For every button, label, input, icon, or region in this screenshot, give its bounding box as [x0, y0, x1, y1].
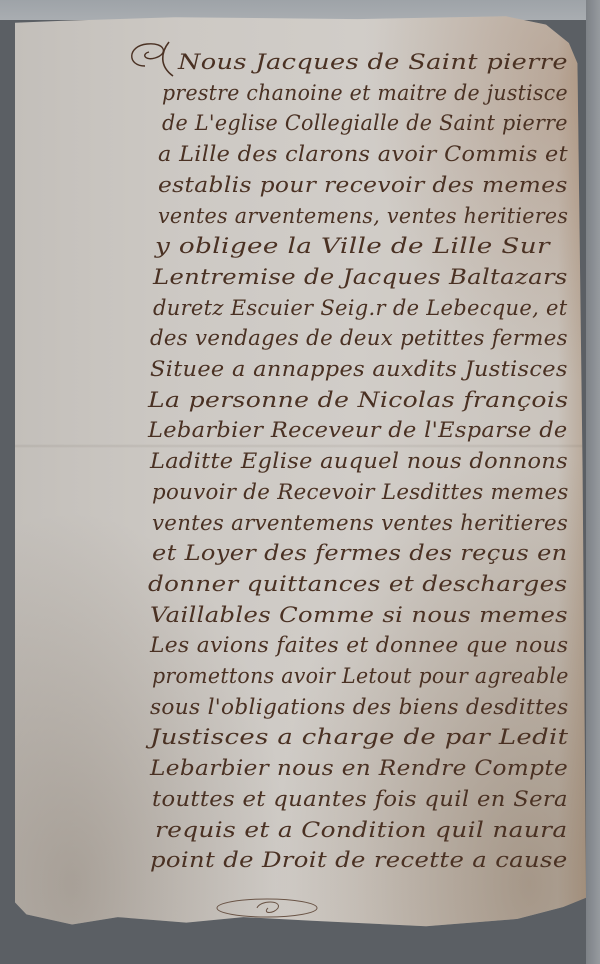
manuscript-line-10: des vendages de deux petittes fermes — [150, 326, 568, 350]
manuscript-line-21: promettons avoir Letout pour agreable — [152, 664, 569, 688]
manuscript-line-4: a Lille des clarons avoir Commis et — [158, 142, 568, 166]
manuscript-line-6: ventes arventemens, ventes heritieres — [158, 204, 568, 228]
manuscript-line-16: ventes arventemens ventes heritieres — [152, 511, 568, 535]
manuscript-line-20: Les avions faites et donnee que nous — [150, 633, 568, 657]
manuscript-line-3: de L'eglise Collegialle de Saint pierre — [162, 111, 568, 135]
manuscript-line-12: La personne de Nicolas françois — [148, 388, 568, 412]
capital-flourish-icon — [125, 36, 185, 84]
manuscript-line-22: sous l'obligations des biens desdittes — [150, 695, 569, 719]
manuscript-line-27: point de Droit de recette a cause — [150, 848, 568, 872]
manuscript-line-11: Situee a annappes auxdits Justisces — [150, 357, 568, 381]
manuscript-line-24: Lebarbier nous en Rendre Compte — [150, 756, 568, 780]
manuscript-line-17: et Loyer des fermes des reçus en — [152, 541, 568, 565]
manuscript-line-26: requis et a Condition quil naura — [155, 818, 567, 842]
manuscript-line-19: Vaillables Comme si nous memes — [150, 603, 568, 627]
manuscript-line-1: Nous Jacques de Saint pierre — [178, 50, 568, 74]
manuscript-line-23: Justisces a charge de par Ledit — [150, 725, 568, 749]
manuscript-line-8: Lentremise de Jacques Baltazars — [153, 265, 568, 289]
manuscript-line-18: donner quittances et descharges — [148, 572, 567, 596]
manuscript-line-25: touttes et quantes fois quil en Sera — [152, 787, 568, 811]
manuscript-line-15: pouvoir de Recevoir Lesdittes memes — [152, 480, 569, 504]
manuscript-line-7: y obligee la Ville de Lille Sur — [155, 234, 550, 258]
backdrop-top — [0, 0, 600, 20]
backdrop-right — [586, 0, 600, 964]
manuscript-line-13: Lebarbier Receveur de l'Esparse de — [148, 418, 568, 442]
manuscript-line-5: establis pour recevoir des memes — [158, 173, 568, 197]
manuscript-line-14: Laditte Eglise auquel nous donnons — [150, 449, 568, 473]
manuscript-line-2: prestre chanoine et maitre de justisce — [162, 81, 568, 105]
manuscript-line-9: duretz Escuier Seig.r de Lebecque, et — [153, 296, 568, 320]
closing-flourish-icon — [212, 894, 322, 922]
paper-fold-line — [15, 444, 586, 448]
